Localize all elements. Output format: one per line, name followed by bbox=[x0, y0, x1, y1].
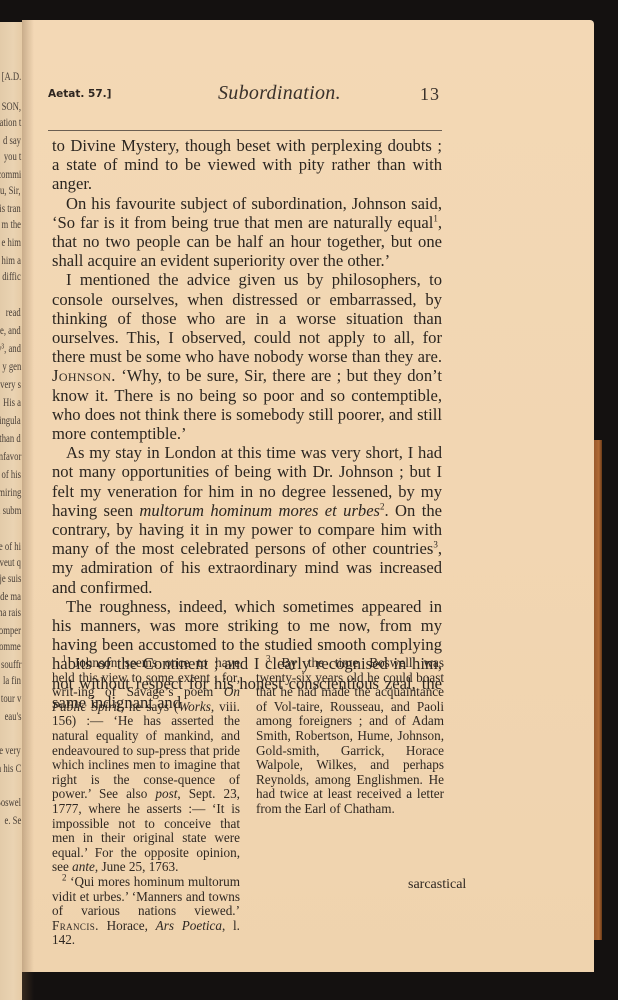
previous-page-text-fragment: read bbox=[6, 306, 21, 318]
footnote-2: 2 ‘Qui mores hominum multorum vidit et u… bbox=[52, 875, 240, 948]
previous-page-edge: [A.D.SON,ation td sayyou tcommiu, Sir,is… bbox=[0, 22, 22, 1000]
previous-page-text-fragment: singula bbox=[0, 414, 21, 426]
previous-page-text-fragment: very s bbox=[0, 378, 21, 390]
previous-page-text-fragment: ma rais bbox=[0, 606, 21, 618]
previous-page-text-fragment: you t bbox=[3, 150, 21, 162]
previous-page-text-fragment: tromper bbox=[0, 624, 21, 636]
previous-page-text-fragment: tour v bbox=[1, 692, 21, 704]
previous-page-text-fragment: SON, bbox=[2, 100, 21, 112]
previous-page-text-fragment: l veut q bbox=[0, 556, 21, 568]
previous-page-text-fragment: ne very bbox=[0, 744, 21, 756]
previous-page-text-fragment: u, Sir, bbox=[0, 184, 21, 196]
previous-page-text-fragment: of his bbox=[2, 468, 21, 480]
previous-page-text-fragment: e him bbox=[2, 236, 21, 248]
previous-page-text-fragment: je suis bbox=[0, 572, 21, 584]
previous-page-text-fragment: nfavor bbox=[0, 450, 21, 462]
paragraph: I mentioned the advice given us by philo… bbox=[52, 270, 442, 443]
previous-page-text-fragment: souffr bbox=[1, 658, 21, 670]
catchword: sarcastical bbox=[408, 877, 466, 893]
previous-page-text-fragment: eau's bbox=[4, 710, 21, 722]
latin-quote: multorum hominum mores et urbes bbox=[139, 501, 380, 520]
header-rule bbox=[48, 130, 442, 131]
previous-page-text-fragment: him a bbox=[2, 254, 21, 266]
previous-page-text-fragment: than d bbox=[0, 432, 21, 444]
previous-page-text-fragment: Boswel bbox=[0, 796, 21, 808]
previous-page-text-fragment: His a bbox=[3, 396, 21, 408]
book-page: Aetat. 57.] Subordination. 13 to Divine … bbox=[22, 20, 594, 972]
previous-page-text-fragment: la fin bbox=[3, 674, 21, 686]
previous-page-text-fragment: lmiring bbox=[0, 486, 21, 498]
footnote-1: 1 Johnson seems once to have held this v… bbox=[52, 656, 240, 875]
page-header: Aetat. 57.] Subordination. 13 bbox=[48, 86, 440, 116]
body-text: to Divine Mystery, though beset with per… bbox=[52, 136, 442, 712]
previous-page-text-fragment: is tran bbox=[0, 202, 21, 214]
gutter-shadow bbox=[22, 20, 34, 1000]
previous-page-text-fragment: e, and bbox=[0, 324, 21, 336]
footnotes: 1 Johnson seems once to have held this v… bbox=[52, 656, 444, 948]
previous-page-text-fragment: in his C bbox=[0, 762, 21, 774]
paragraph: to Divine Mystery, though beset with per… bbox=[52, 136, 442, 194]
footnote-column-left: 1 Johnson seems once to have held this v… bbox=[52, 656, 240, 948]
previous-page-text-fragment: commi bbox=[0, 168, 21, 180]
paragraph: As my stay in London at this time was ve… bbox=[52, 443, 442, 597]
page-number: 13 bbox=[420, 84, 440, 105]
footnote-3: 3 By the time Boswell was twenty-six yea… bbox=[256, 656, 444, 817]
running-head: Aetat. 57.] bbox=[48, 88, 111, 100]
cover-edge bbox=[594, 440, 602, 940]
previous-page-text-fragment: d say bbox=[3, 134, 21, 146]
previous-page-text-fragment: y gen bbox=[2, 360, 21, 372]
chapter-title: Subordination. bbox=[218, 82, 341, 105]
previous-page-text-fragment: diffic bbox=[2, 270, 21, 282]
previous-page-text-fragment: s homme bbox=[0, 640, 21, 652]
previous-page-text-fragment: m the bbox=[2, 218, 21, 230]
previous-page-text-fragment: y³, and bbox=[0, 342, 21, 354]
speaker-name: Johnson. bbox=[52, 366, 116, 385]
previous-page-text-fragment: l subm bbox=[0, 504, 21, 516]
previous-page-text-fragment: de ma bbox=[0, 590, 21, 602]
previous-page-text-fragment: ote of hi bbox=[0, 540, 21, 552]
previous-page-text-fragment: e. Se bbox=[4, 814, 21, 826]
paragraph: On his favourite subject of subordinatio… bbox=[52, 194, 442, 271]
previous-page-text-fragment: [A.D. bbox=[1, 70, 21, 82]
previous-page-text-fragment: ation t bbox=[0, 116, 21, 128]
footnote-column-right: 3 By the time Boswell was twenty-six yea… bbox=[256, 656, 444, 948]
